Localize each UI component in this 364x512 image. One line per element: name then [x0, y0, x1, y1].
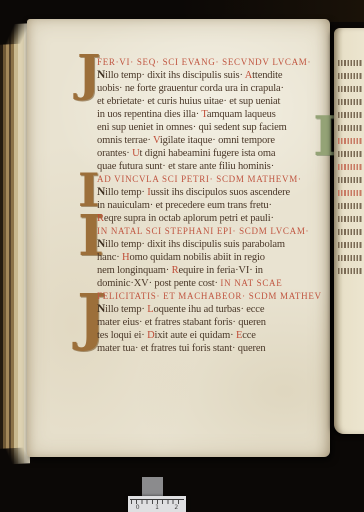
text-line: Reqre supra in octab aplorum petri et pa… [97, 212, 337, 225]
body-text: omo quidam nobilis abiit in regio [129, 252, 264, 263]
body-text: dominic·XV· post pente cost· [97, 278, 220, 289]
edge-text-line [338, 138, 362, 144]
body-text: ttendite [252, 70, 282, 81]
rubric-text: AD VINCVLA SCI PETRI· SCDM MATHEVM· [97, 174, 302, 184]
body-text: illo temp· [105, 304, 147, 315]
body-text: N [97, 238, 105, 250]
text-line: in uos repentina dies illa· Tamquam laqu… [97, 108, 337, 121]
body-text: eqre supra in octab aplorum petri et pau… [104, 213, 274, 224]
text-line: mater eius· et fratres stabant foris· qu… [97, 316, 337, 329]
text-line: et ebrietate· et curis huius uitae· et s… [97, 95, 337, 108]
text-line: nem longinquam· Require in feria·VI· in [97, 264, 337, 277]
body-text: in nauiculam· et precedere eum trans fre… [97, 200, 272, 211]
text-line: hanc· Homo quidam nobilis abiit in regio [97, 251, 337, 264]
ruler-numbers: 012 [128, 504, 186, 511]
body-text: hanc· [97, 252, 122, 263]
body-text: ixit aute ei quidam· [155, 330, 236, 341]
text-line: omnis terrae· Vigilate itaque· omni temp… [97, 134, 337, 147]
body-text: oquente ihu ad turbas· ecce [154, 304, 265, 315]
rubric-text: IN NAT SCAE [220, 278, 282, 288]
calibration-gray-patch [142, 477, 163, 496]
body-text: illo temp· [105, 187, 147, 198]
text-line: uobis· ne forte grauentur corda ura in c… [97, 82, 337, 95]
text-line: FELICITATIS· ET MACHABEOR· SCDM MATHEV [97, 290, 337, 303]
text-line: Nillo temp· dixit ihs discipulis suis· A… [97, 69, 337, 82]
ruler-number: 0 [136, 504, 140, 511]
edge-text-line [338, 242, 362, 248]
edge-text-line [338, 177, 362, 183]
body-text: ussit ihs discipulos suos ascendere [151, 187, 290, 198]
body-text: V [153, 135, 160, 146]
body-text: cce [242, 330, 256, 341]
text-line: in nauiculam· et precedere eum trans fre… [97, 199, 337, 212]
body-text: omnis terrae· [97, 135, 153, 146]
text-block: FER·VI· SEQ· SCI EVANG· SECVNDV LVCAM·Ni… [97, 56, 337, 355]
body-text: orantes· [97, 148, 132, 159]
edge-text-line [338, 151, 362, 157]
body-text: tes loqui ei· [97, 330, 147, 341]
text-line: IN NATAL SCI STEPHANI EPI· SCDM LVCAM· [97, 225, 337, 238]
facing-page-edge [334, 28, 364, 434]
body-text: nem longinquam· [97, 265, 172, 276]
body-text: R [97, 213, 104, 224]
body-text: eni sup ueniet in omnes· qui sedent sup … [97, 122, 287, 133]
rubric-text: FER·VI· SEQ· SCI EVANG· SECVNDV LVCAM· [97, 57, 311, 67]
ruler-number: 2 [174, 504, 178, 511]
body-text: equire in feria·VI· in [178, 265, 262, 276]
text-line: FER·VI· SEQ· SCI EVANG· SECVNDV LVCAM· [97, 56, 337, 69]
edge-text-line [338, 112, 362, 118]
edge-text-line [338, 268, 362, 274]
body-text: igilate itaque· omni tempore [160, 135, 275, 146]
edge-text-line [338, 60, 362, 66]
edge-text-line [338, 190, 362, 196]
text-line: Nillo temp· Iussit ihs discipulos suos a… [97, 186, 337, 199]
body-text: t digni habeamini fugere ista oma [140, 148, 276, 159]
edge-text-line [338, 125, 362, 131]
body-text: mater eius· et fratres stabant foris· qu… [97, 317, 266, 328]
text-line: Nillo temp· Loquente ihu ad turbas· ecce [97, 303, 337, 316]
body-text: et ebrietate· et curis huius uitae· et s… [97, 96, 280, 107]
body-text: mater tua· et fratres tui foris stant· q… [97, 343, 265, 354]
measuring-ruler: 012 [128, 496, 186, 512]
edge-text-line [338, 73, 362, 79]
text-line: dominic·XV· post pente cost· IN NAT SCAE [97, 277, 337, 290]
text-line: tes loqui ei· Dixit aute ei quidam· Ecce [97, 329, 337, 342]
edge-text-line [338, 229, 362, 235]
body-text: illo temp· dixit ihs discipulis suis par… [105, 239, 285, 250]
body-text: quae futura sunt· et stare ante filiu ho… [97, 161, 274, 172]
edge-text-line [338, 86, 362, 92]
body-text: in uos repentina dies illa· [97, 109, 201, 120]
body-text: illo temp· dixit ihs discipulis suis· [105, 70, 245, 81]
body-text: N [97, 186, 105, 198]
edge-text-line [338, 203, 362, 209]
manuscript-page: J I I J I FER·VI· SEQ· SCI EVANG· SECVND… [27, 19, 330, 457]
body-text: U [132, 148, 139, 159]
text-line: orantes· Ut digni habeamini fugere ista … [97, 147, 337, 160]
text-line: mater tua· et fratres tui foris stant· q… [97, 342, 337, 355]
edge-text-line [338, 255, 362, 261]
body-text: N [97, 69, 105, 81]
text-line: quae futura sunt· et stare ante filiu ho… [97, 160, 337, 173]
rubric-text: FELICITATIS· ET MACHABEOR· SCDM MATHEV [97, 291, 322, 301]
manuscript-photo: J I I J I FER·VI· SEQ· SCI EVANG· SECVND… [0, 0, 364, 512]
text-line: AD VINCVLA SCI PETRI· SCDM MATHEVM· [97, 173, 337, 186]
body-text: N [97, 303, 105, 315]
edge-text-line [338, 216, 362, 222]
text-line: Nillo temp· dixit ihs discipulis suis pa… [97, 238, 337, 251]
facing-page-text-edge [338, 60, 362, 281]
body-text: amquam laqueus [207, 109, 276, 120]
body-text: uobis· ne forte grauentur corda ura in c… [97, 83, 284, 94]
rubric-text: IN NATAL SCI STEPHANI EPI· SCDM LVCAM· [97, 226, 309, 236]
text-line: eni sup ueniet in omnes· qui sedent sup … [97, 121, 337, 134]
book-binding-edge [0, 23, 30, 465]
body-text: D [147, 330, 154, 341]
edge-text-line [338, 99, 362, 105]
edge-text-line [338, 164, 362, 170]
ruler-number: 1 [155, 504, 159, 511]
